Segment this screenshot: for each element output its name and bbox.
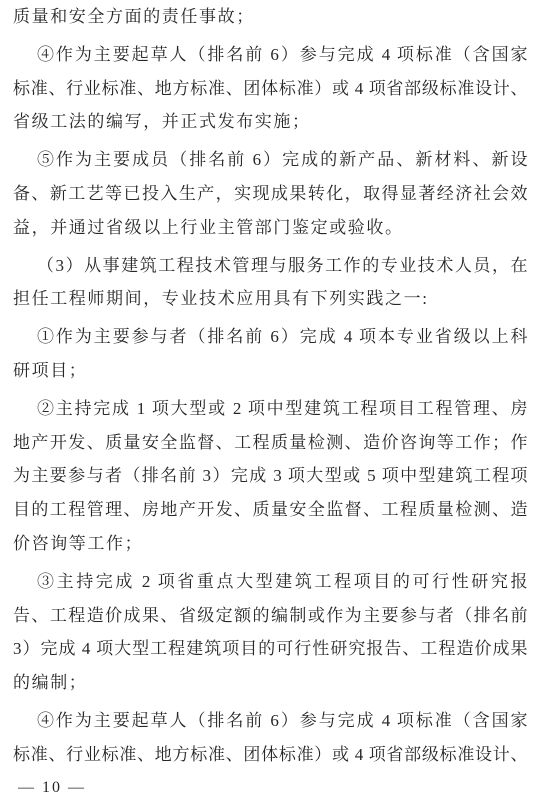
text-line: ④作为主要起草人（排名前 6）参与完成 4 项标准（含国家 [13, 38, 528, 72]
text-line: 为主要参与者（排名前 3）完成 3 项大型或 5 项中型建筑工程项 [13, 459, 528, 493]
text-line: ②主持完成 1 项大型或 2 项中型建筑工程项目工程管理、房 [13, 392, 528, 426]
text-line: ④作为主要起草人（排名前 6）参与完成 4 项标准（含国家 [13, 704, 528, 738]
text-line: 地产开发、质量安全监督、工程质量检测、造价咨询等工作；作 [13, 426, 528, 460]
paragraph-item-4-standards-repeat: ④作为主要起草人（排名前 6）参与完成 4 项标准（含国家 标准、行业标准、地方… [13, 704, 528, 772]
page-number: — 10 — [13, 777, 528, 799]
paragraph-item-1-research: ①作为主要参与者（排名前 6）完成 4 项本专业省级以上科 研项目； [13, 320, 528, 388]
paragraph-section-3-intro: （3）从事建筑工程技术管理与服务工作的专业技术人员，在 担任工程师期间，专业技术… [13, 249, 528, 317]
text-line: 担任工程师期间，专业技术应用具有下列实践之一: [13, 282, 528, 316]
text-line: 备、新工艺等已投入生产，实现成果转化，取得显著经济社会效 [13, 177, 528, 211]
text-line: 3）完成 4 项大型工程建筑项目的可行性研究报告、工程造价成果 [13, 632, 528, 666]
paragraph-continuation: 质量和安全方面的责任事故； [13, 0, 528, 34]
text-line: 目的工程管理、房地产开发、质量安全监督、工程质量检测、造 [13, 493, 528, 527]
text-line: 研项目； [13, 354, 528, 388]
text-line: ③主持完成 2 项省重点大型建筑工程项目的可行性研究报 [13, 565, 528, 599]
paragraph-item-3-feasibility: ③主持完成 2 项省重点大型建筑工程项目的可行性研究报 告、工程造价成果、省级定… [13, 565, 528, 700]
paragraph-item-2-projects: ②主持完成 1 项大型或 2 项中型建筑工程项目工程管理、房 地产开发、质量安全… [13, 392, 528, 561]
text-line: 省级工法的编写，并正式发布实施； [13, 105, 528, 139]
text-line: 价咨询等工作； [13, 527, 528, 561]
text-line: 益，并通过省级以上行业主管部门鉴定或验收。 [13, 211, 528, 245]
text-line: 标准、行业标准、地方标准、团体标准）或 4 项省部级标准设计、 [13, 738, 528, 772]
document-body: 质量和安全方面的责任事故； ④作为主要起草人（排名前 6）参与完成 4 项标准（… [13, 0, 528, 799]
text-line: ①作为主要参与者（排名前 6）完成 4 项本专业省级以上科 [13, 320, 528, 354]
paragraph-item-4-standards: ④作为主要起草人（排名前 6）参与完成 4 项标准（含国家 标准、行业标准、地方… [13, 38, 528, 139]
document-page: 质量和安全方面的责任事故； ④作为主要起草人（排名前 6）参与完成 4 项标准（… [0, 0, 540, 805]
text-line: 的编制； [13, 666, 528, 700]
text-line: （3）从事建筑工程技术管理与服务工作的专业技术人员，在 [13, 249, 528, 283]
paragraph-item-5-products: ⑤作为主要成员（排名前 6）完成的新产品、新材料、新设 备、新工艺等已投入生产，… [13, 143, 528, 244]
text-line: ⑤作为主要成员（排名前 6）完成的新产品、新材料、新设 [13, 143, 528, 177]
text-line: 告、工程造价成果、省级定额的编制或作为主要参与者（排名前 [13, 599, 528, 633]
text-line: 标准、行业标准、地方标准、团体标准）或 4 项省部级标准设计、 [13, 72, 528, 106]
text-line: 质量和安全方面的责任事故； [13, 0, 528, 34]
